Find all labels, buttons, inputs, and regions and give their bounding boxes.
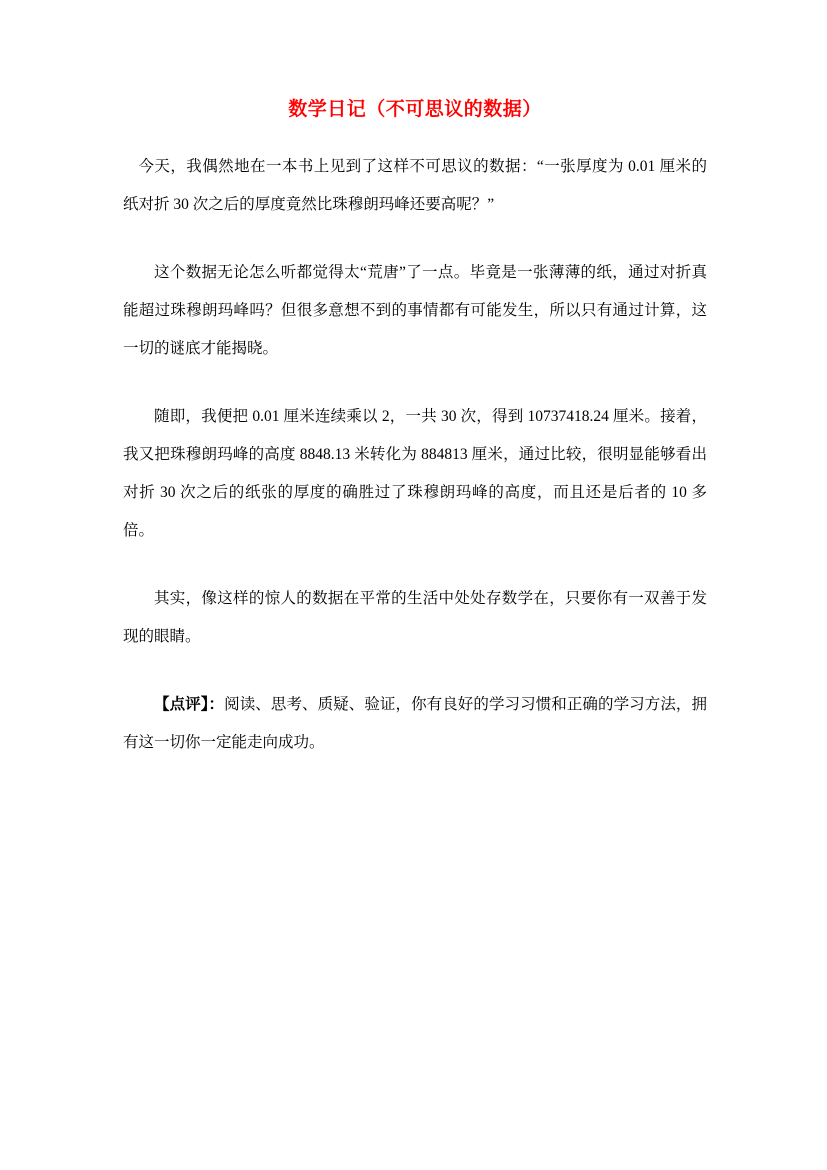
document-title: 数学日记（不可思议的数据） bbox=[123, 96, 707, 124]
paragraph: 这个数据无论怎么听都觉得太“荒唐”了一点。毕竟是一张薄薄的纸，通过对折真能超过珠… bbox=[123, 254, 707, 368]
paragraph-list: 今天，我偶然地在一本书上见到了这样不可思议的数据：“一张厚度为 0.01 厘米的… bbox=[123, 148, 707, 762]
paragraph: 随即，我便把 0.01 厘米连续乘以 2，一共 30 次，得到 10737418… bbox=[123, 398, 707, 550]
paragraph: 【点评】：阅读、思考、质疑、验证，你有良好的学习习惯和正确的学习方法，拥有这一切… bbox=[123, 686, 707, 762]
paragraph: 其实，像这样的惊人的数据在平常的生活中处处存数学在，只要你有一双善于发现的眼睛。 bbox=[123, 580, 707, 656]
paragraph-lead: 【点评】： bbox=[154, 696, 224, 713]
document-content: 数学日记（不可思议的数据） 今天，我偶然地在一本书上见到了这样不可思议的数据：“… bbox=[0, 0, 827, 762]
paragraph: 今天，我偶然地在一本书上见到了这样不可思议的数据：“一张厚度为 0.01 厘米的… bbox=[123, 148, 707, 224]
document-page: 数学日记（不可思议的数据） 今天，我偶然地在一本书上见到了这样不可思议的数据：“… bbox=[0, 0, 827, 1170]
